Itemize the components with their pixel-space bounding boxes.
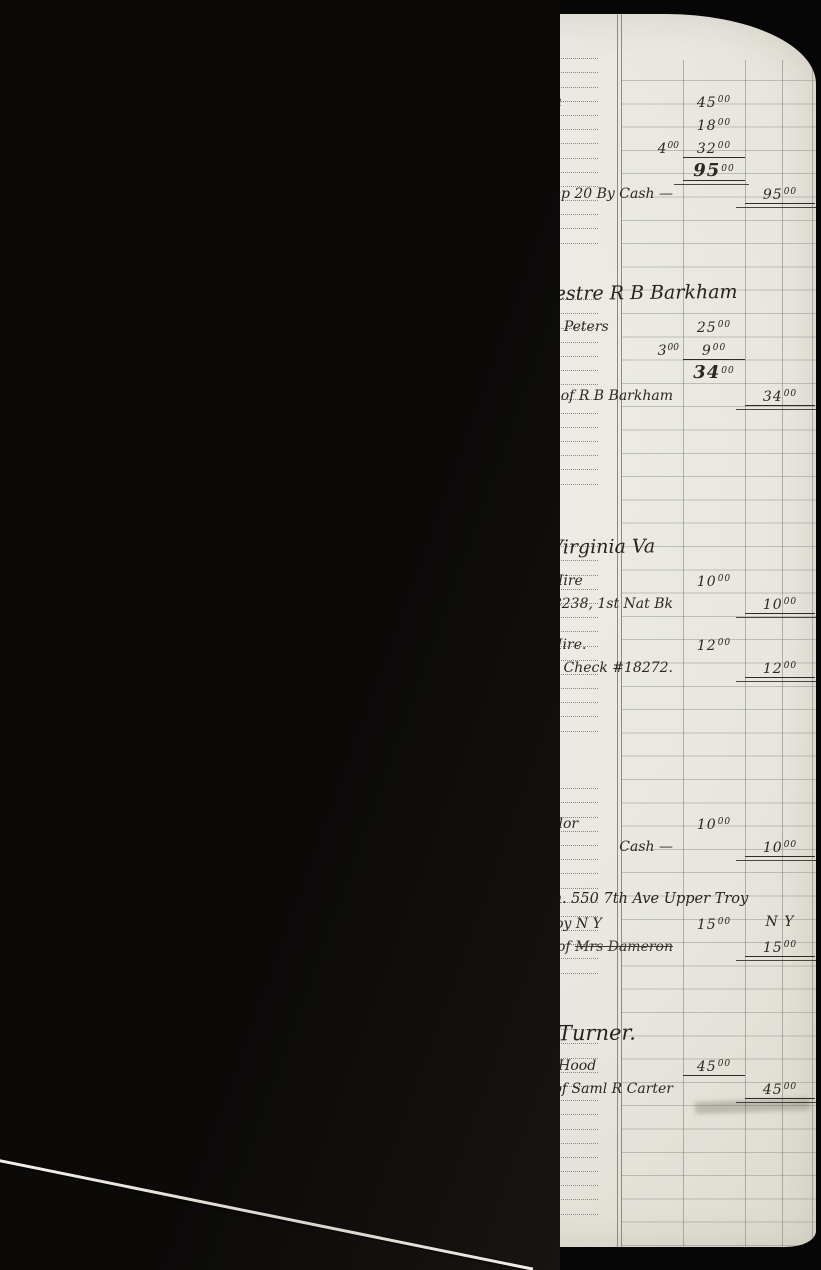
ledger-line: ″7 Hacks & Coach to Funeral4003200 <box>265 136 815 159</box>
form-row: Hour3 PM <box>100 876 600 890</box>
form-row: CemeteryFamily <box>100 416 600 430</box>
form-label: Bill Rendered <box>100 1192 156 1202</box>
form-label: Late Residence <box>100 1022 162 1032</box>
ledger-page: 178 died at Home & Retreat R Late Reside… <box>55 14 816 1247</box>
entry-date: Sep 17 <box>265 1058 317 1074</box>
entry-description: For Casket Burial of Boy Jack, Parlor <box>317 816 635 832</box>
entry-year: 1907 <box>267 546 309 564</box>
form-label: Physician <box>100 321 139 331</box>
dotted-leader <box>206 243 598 244</box>
payment-description: Sep 21 By Check #18238, 1st Nat Bk <box>265 596 683 612</box>
entry-description: 2 Hacks & Coach to Depot <box>317 342 635 358</box>
form-row: Bill Rendered <box>100 458 600 472</box>
form-label: Hour <box>100 392 121 402</box>
dotted-leader <box>229 1185 598 1186</box>
debit-amount: 1200 <box>683 635 745 654</box>
form-label: Casket <box>100 406 127 416</box>
form-row: Funeral atHouse <box>100 862 600 876</box>
ledger-page-scan: { "document": { "page_number": "178", "p… <box>0 0 821 1270</box>
form-row: Grave Digger <box>100 691 600 705</box>
form-label: Cemetery <box>100 179 139 189</box>
ledger-line: Sep 21 By Cash of R B Barkham3400 <box>265 384 815 407</box>
dotted-leader <box>147 973 598 974</box>
form-label: Hackman <box>100 236 138 246</box>
ledger-line: Sep 21 By Check #18238, 1st Nat Bk1000 <box>265 592 815 615</box>
debit-amount <box>683 594 745 613</box>
dotted-leader <box>176 859 598 860</box>
form-label: Grave Digger <box>100 1178 155 1188</box>
form-label: Date of Death <box>100 306 157 316</box>
account-name: R E Carroll <box>353 57 501 89</box>
payment-description: Oct 2 By Check #18272. <box>265 660 683 676</box>
form-label: Grave Digger <box>100 695 155 705</box>
form-label: Cause of Death <box>100 94 162 104</box>
form-label: Bill Rendered <box>100 951 156 961</box>
form-label: Hour <box>100 639 121 649</box>
dotted-leader <box>231 1143 598 1144</box>
ink-smudge <box>695 1098 810 1114</box>
dotted-leader <box>168 1100 598 1101</box>
ledger-line: Sep 29For Coffin boxed, to Virginia Va (… <box>265 633 815 656</box>
spacer <box>265 615 815 633</box>
debit-amount: 1000 <box>683 814 745 833</box>
entry-description: For P K Casket. 2x6 to Virginia. (Hire <box>317 573 635 589</box>
page-note-handwriting: died at Home & Retreat <box>153 26 324 45</box>
ledger-line: 9500 <box>265 159 815 182</box>
debit-amount <box>683 658 745 677</box>
form-label: Measurement <box>100 596 154 606</box>
entry-description: Robe for Same <box>317 117 635 133</box>
entry-title-row: 1907Mrs Fannie Peters (Vestre R B Barkha… <box>265 283 815 315</box>
form-label: Cemetery <box>100 667 139 677</box>
entry-title-row: 1907Saml Carter & T R Turner. <box>265 1022 815 1054</box>
dotted-leader <box>139 688 598 689</box>
credit-amount <box>745 635 815 654</box>
debit-amount: 3200 <box>683 138 745 158</box>
form-row: Hackman <box>100 1202 600 1216</box>
ledger-line: Cash —1000 <box>265 835 815 858</box>
ledger-line: Sep 17For Removal of Child to Upper Troy… <box>265 912 815 935</box>
entry-description: For Coffin boxed, to Virginia Va (Hire. <box>317 637 635 653</box>
debit-amount: 1500 <box>683 914 745 933</box>
form-label: Bill Rendered <box>100 709 156 719</box>
credit-amount: 4500 <box>745 1079 815 1099</box>
ledger-line: Sep 27 By Cash of Mrs Dameron1500 <box>265 935 815 958</box>
credit-amount <box>745 138 815 157</box>
payment-text: Sep 21 By Cash of R B Barkham <box>445 388 673 404</box>
payment-description: Sep 21 By Cash of R B Barkham <box>265 388 683 404</box>
credit-amount: 1500 <box>745 937 815 957</box>
struck-name: Mrs Dameron <box>575 939 673 955</box>
form-label: Cemetery <box>100 420 139 430</box>
form-value-handwriting: Williams <box>143 475 202 488</box>
credit-amount: 3400 <box>745 386 815 406</box>
account-name: Saml Carter & T R Turner. <box>353 1021 636 1048</box>
debit-amount: 2500 <box>683 317 745 336</box>
form-label: Physician <box>100 80 139 90</box>
form-label: Physician <box>100 568 139 578</box>
form-row: Section <box>100 430 600 444</box>
dotted-leader <box>165 958 598 959</box>
form-label: Measurement <box>100 838 154 848</box>
ledger-line: Sep 17For Casket Burial Bro-in-Law: A J … <box>265 1054 815 1077</box>
form-label: Late Residence <box>100 292 162 302</box>
form-label: Cause of Death <box>100 1065 162 1075</box>
form-row: Hour4-46 PM Train <box>100 1117 600 1131</box>
entry-date: Sep 29 <box>265 637 317 653</box>
credit-amount <box>745 1056 815 1075</box>
account-name: Mrs N J Frederickson. 550 7th Ave Upper … <box>403 891 748 907</box>
payment-text: Sep 19 By Cash of Saml R Carter <box>438 1081 673 1097</box>
rate-amount: 300 <box>635 340 683 359</box>
form-label: Age <box>100 1093 117 1103</box>
form-row: SectionL#31 <box>100 1160 600 1174</box>
form-label: Late Residence <box>100 781 162 791</box>
account-name: Mrs Fannie Peters (Vestre R B Barkham <box>353 281 738 307</box>
dotted-leader <box>227 1114 598 1115</box>
ledger-entry: 1907Mrs Fannie Peters (Vestre R B Barkha… <box>265 283 815 407</box>
entry-title-row: 1907C A Johnson & Son (Virginia Va <box>265 537 815 569</box>
form-row: Bill Rendered <box>100 1188 600 1202</box>
entry-heading-row: Mrs N J Frederickson. 550 7th Ave Upper … <box>265 891 815 912</box>
entry-title-row: 1907C Frank Jones <box>265 780 815 812</box>
form-label: Casket <box>100 1136 127 1146</box>
form-label: Date of Death <box>100 65 157 75</box>
form-label: Funeral at <box>100 624 141 634</box>
form-label: Bill Rendered <box>100 462 156 472</box>
ledger-entry: Mrs N J Frederickson. 550 7th Ave Upper … <box>265 891 815 958</box>
credit-amount <box>745 571 815 590</box>
form-label: Cause of Death <box>100 582 162 592</box>
entry-date: Sep 16 <box>265 94 317 110</box>
dotted-leader <box>177 1171 598 1172</box>
form-label: Section <box>100 1164 130 1174</box>
ledger-line: Sep 17For Casket for Husband, Wesley S P… <box>265 315 815 338</box>
credit-amount: 9500 <box>745 184 815 204</box>
credit-amount <box>745 363 815 382</box>
dotted-leader <box>147 1214 598 1215</box>
entry-description: For Casket Burial Bro-in-Law: A J Hood <box>317 1058 635 1074</box>
form-label: Late Residence <box>100 539 162 549</box>
total-amount: 9500 <box>683 161 745 181</box>
form-row: Bill RenderedSep 20 <box>100 705 600 719</box>
dotted-leader <box>165 1199 598 1200</box>
form-label: Cemetery <box>100 909 139 919</box>
payment-description: Cash — <box>265 839 683 855</box>
form-row: Grave Digger <box>100 444 600 458</box>
form-label: Hackman <box>100 1207 138 1217</box>
ledger-line: ″Robe for Same1800 <box>265 113 815 136</box>
entry-description: For Casket for Husband, Wesley S Peters <box>317 319 635 335</box>
entry-title-row: 1907R E Carroll <box>265 58 815 90</box>
rate-amount: 400 <box>635 138 683 157</box>
entry-date: Sep 17 <box>265 916 317 932</box>
credit-amount <box>745 115 815 134</box>
form-label: Section <box>100 434 130 444</box>
credit-amount <box>745 161 815 180</box>
dotted-leader <box>206 484 598 485</box>
form-label: Bill Rendered <box>100 221 156 231</box>
ledger-entry: 1907C Frank JonesSep 17For Casket Burial… <box>265 780 815 858</box>
credit-amount <box>745 340 815 359</box>
ledger-line: ″2 Hacks & Coach to Depot300900 <box>265 338 815 361</box>
payment-text: Cash — <box>619 839 673 855</box>
dotted-leader <box>194 427 599 428</box>
dotted-leader <box>213 716 598 717</box>
form-label: Grave Digger <box>100 448 155 458</box>
debit-amount <box>683 386 745 405</box>
entry-date: Sep 17 <box>265 319 317 335</box>
entry-date: Sep 17 <box>265 816 317 832</box>
account-name: C A Johnson & Son (Virginia Va <box>353 535 655 560</box>
entry-year: 1907 <box>267 789 309 807</box>
ledger-entry: 1907C A Johnson & Son (Virginia VaSep 17… <box>265 537 815 679</box>
credit-amount <box>745 92 815 111</box>
form-row: Section <box>100 677 600 691</box>
form-row: Grave DiggerJno Shultz <box>100 203 600 217</box>
dotted-leader <box>164 455 598 456</box>
form-value-handwriting: Williams <box>143 234 202 247</box>
form-row: HackmanWilliams <box>100 231 600 245</box>
form-label: Age <box>100 852 117 862</box>
form-label: Hour <box>100 151 121 161</box>
entry-year: 1907 <box>267 1031 309 1049</box>
dotted-leader <box>139 441 598 442</box>
ledger-line: Sep 17For P K Casket. 2x6 to Virginia. (… <box>265 569 815 592</box>
dotted-leader <box>165 469 598 470</box>
form-row: Hackman <box>100 719 600 733</box>
form-label: Age <box>100 610 117 620</box>
form-label: Grave Digger <box>100 207 155 217</box>
debit-amount: 1000 <box>683 571 745 590</box>
form-label: Casket <box>100 895 127 905</box>
book-binding-edge <box>0 0 55 1270</box>
debit-amount: 1800 <box>683 115 745 134</box>
dotted-leader <box>193 873 598 874</box>
entry-description: 7 Hacks & Coach to Funeral <box>317 140 635 156</box>
credit-amount: 1200 <box>745 658 815 678</box>
entry-date: Sep 17 <box>265 573 317 589</box>
form-label: Measurement <box>100 108 154 118</box>
form-label: Physician <box>100 810 139 820</box>
payment-text: Oct 2 By Check #18272. <box>498 660 673 676</box>
debit-amount: 4500 <box>683 1056 745 1076</box>
entry-date: ″ <box>265 342 317 358</box>
dotted-leader <box>228 1129 598 1130</box>
form-label: Age <box>100 363 117 373</box>
form-row: CasketOct Rose. 6x0 <box>100 1132 600 1146</box>
form-label: Funeral at <box>100 866 141 876</box>
ledger-line: Sep 20 By Cash —9500 <box>265 182 815 205</box>
ledger-entry: 1907R E CarrollSep 16For Casket & Burial… <box>265 58 815 205</box>
entry-description: For Casket & Burial of Wife (Clara <box>317 94 635 110</box>
entry-year: 1907 <box>267 292 309 310</box>
form-label: Casket <box>100 653 127 663</box>
form-label: Hackman <box>100 477 138 487</box>
form-label: Late Residence <box>100 51 162 61</box>
dotted-leader <box>147 731 598 732</box>
credit-amount <box>745 814 815 833</box>
credit-amount <box>745 317 815 336</box>
form-label: Cemetery <box>100 1150 139 1160</box>
credit-amount: N Y <box>745 914 815 933</box>
form-label: Age <box>100 122 117 132</box>
form-label: Cause of Death <box>100 824 162 834</box>
form-label: Funeral at <box>100 1107 141 1117</box>
form-label: Grave Digger <box>100 937 155 947</box>
dotted-leader <box>164 702 598 703</box>
dotted-leader <box>165 888 598 889</box>
form-row: Bill Rendered <box>100 217 600 231</box>
form-label: Cause of Death <box>100 335 162 345</box>
credit-amount: 1000 <box>745 837 815 857</box>
form-label: Hour <box>100 1122 121 1132</box>
dotted-leader <box>236 1157 598 1158</box>
debit-amount <box>683 1079 745 1098</box>
ledger-line: Oct 2 By Check #18272.1200 <box>265 656 815 679</box>
form-label: Measurement <box>100 1079 154 1089</box>
payment-description: Sep 19 By Cash of Saml R Carter <box>265 1081 683 1097</box>
form-label: Casket <box>100 165 127 175</box>
form-label: Funeral at <box>100 136 141 146</box>
debit-amount <box>683 937 745 956</box>
dotted-leader <box>234 214 598 215</box>
form-label: Funeral at <box>100 377 141 387</box>
payment-description: Sep 27 By Cash of Mrs Dameron <box>265 939 683 955</box>
dotted-leader <box>165 228 598 229</box>
ledger-line: Sep 16For Casket & Burial of Wife (Clara… <box>265 90 815 113</box>
form-label: Hour <box>100 881 121 891</box>
payment-text: Sep 27 By Cash of <box>441 939 575 955</box>
form-label: Date of Death <box>100 1036 157 1046</box>
debit-amount: 900 <box>683 340 745 360</box>
form-label: Measurement <box>100 349 154 359</box>
payment-description: Sep 20 By Cash — <box>265 186 683 202</box>
total-amount: 3400 <box>683 363 745 382</box>
form-label: Date of Death <box>100 553 157 563</box>
entry-year: 1907 <box>267 67 309 85</box>
ledger-entry: 1907Saml Carter & T R Turner.Sep 17For C… <box>265 1022 815 1100</box>
form-label: Hackman <box>100 966 138 976</box>
credit-amount: 1000 <box>745 594 815 614</box>
form-label: Date of Death <box>100 795 157 805</box>
debit-amount: 4500 <box>683 92 745 111</box>
debit-amount <box>683 837 745 856</box>
form-row: Funeral atfrom Depot <box>100 1103 600 1117</box>
form-label: Section <box>100 193 130 203</box>
dotted-leader <box>213 413 598 414</box>
account-name: C Frank Jones <box>353 779 504 805</box>
ledger-line: Sep 17For Casket Burial of Boy Jack, Par… <box>265 812 815 835</box>
debit-amount <box>683 184 745 203</box>
entry-date: ″ <box>265 140 317 156</box>
entry-description: For Removal of Child to Upper Troy N Y <box>317 916 635 932</box>
form-label: Physician <box>100 1051 139 1061</box>
form-row: HackmanWilliams <box>100 472 600 486</box>
form-row: Grave DiggerJ R Smith <box>100 1174 600 1188</box>
form-label: Hackman <box>100 724 138 734</box>
ledger-line: 3400 <box>265 361 815 384</box>
form-label: Section <box>100 923 130 933</box>
form-row: CemeteryPresbyterian <box>100 1146 600 1160</box>
form-row: Hackman <box>100 961 600 975</box>
ledger-line: Sep 19 By Cash of Saml R Carter4500 <box>265 1077 815 1100</box>
payment-text: Sep 20 By Cash — <box>543 186 673 202</box>
form-label: Section <box>100 681 130 691</box>
payment-text: Sep 21 By Check #18238, 1st Nat Bk <box>407 596 673 612</box>
entry-date: ″ <box>265 117 317 133</box>
